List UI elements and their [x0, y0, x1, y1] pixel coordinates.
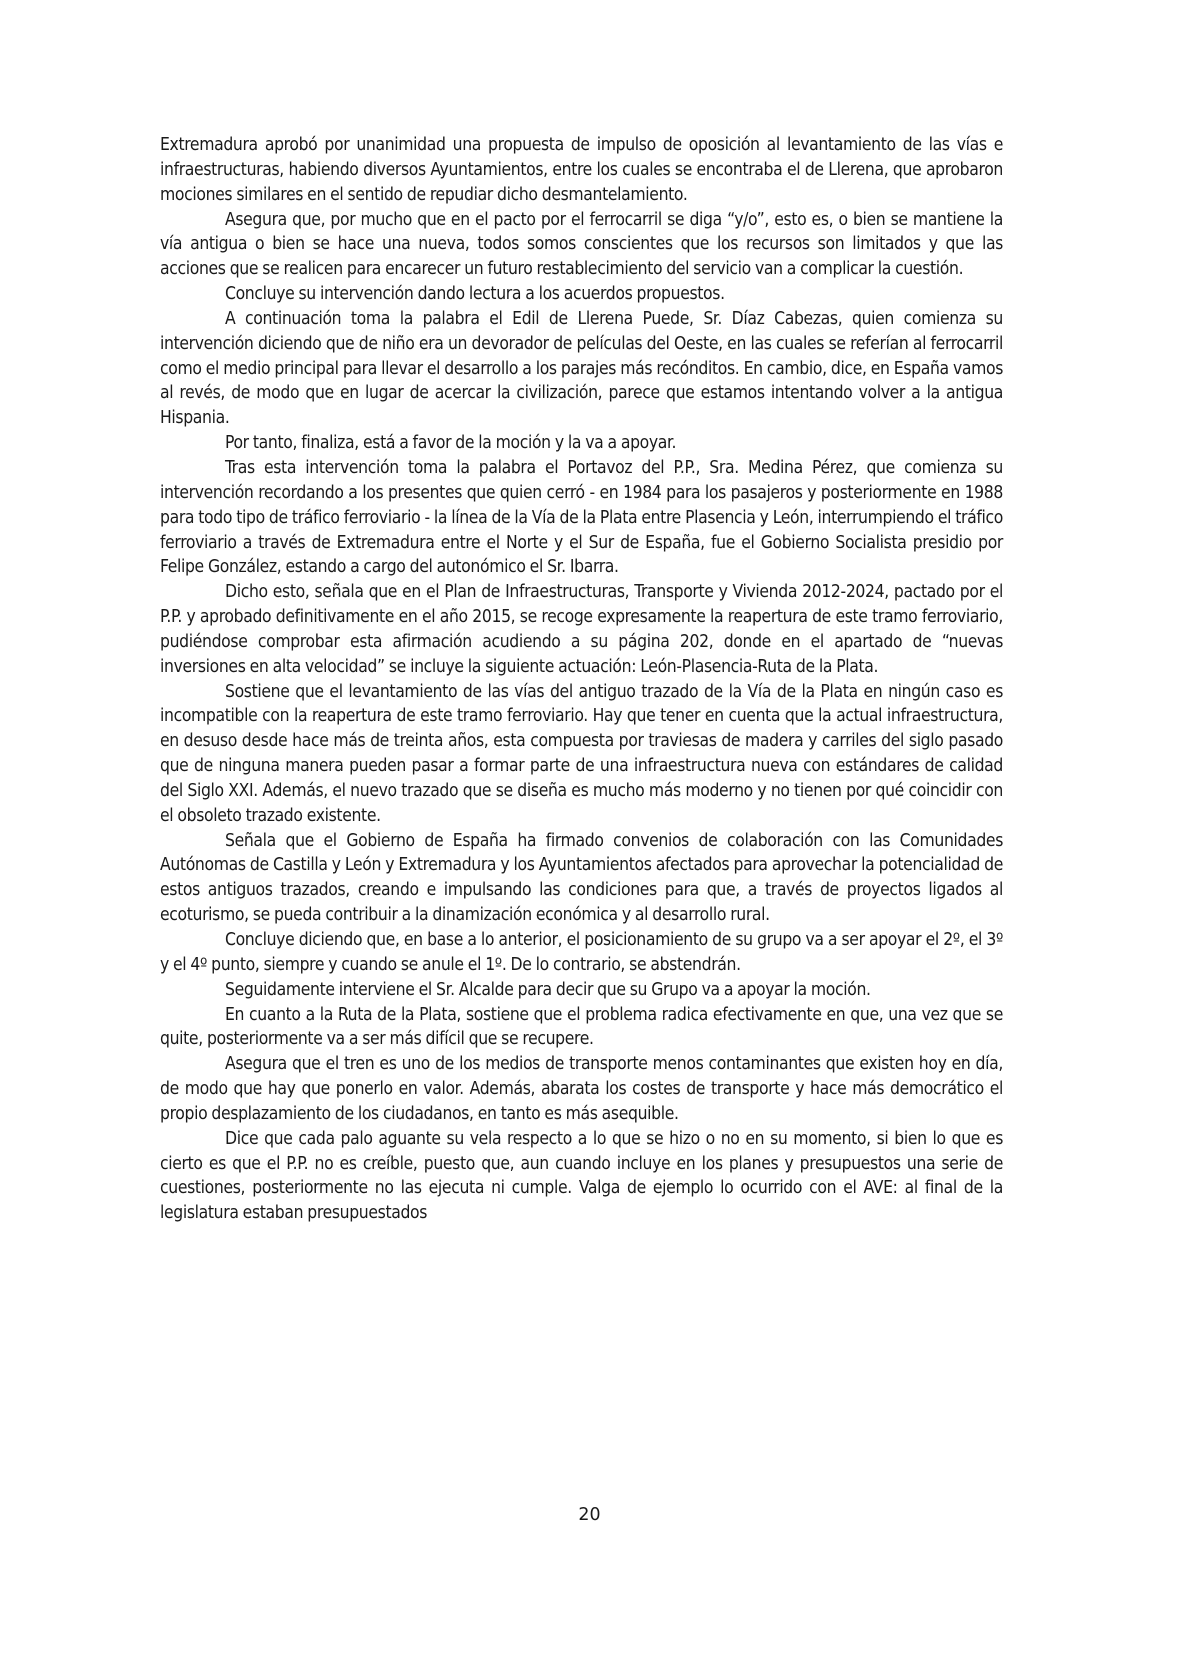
paragraph-10: Concluye diciendo que, en base a lo ante… — [160, 928, 1003, 978]
paragraph-5: Por tanto, finaliza, está a favor de la … — [160, 431, 1003, 456]
paragraph-9: Señala que el Gobierno de España ha firm… — [160, 829, 1003, 928]
paragraph-4: A continuación toma la palabra el Edil d… — [160, 307, 1003, 431]
paragraph-13: Asegura que el tren es uno de los medios… — [160, 1052, 1003, 1127]
paragraph-11: Seguidamente interviene el Sr. Alcalde p… — [160, 978, 1003, 1003]
paragraph-7: Dicho esto, señala que en el Plan de Inf… — [160, 580, 1003, 679]
paragraph-1: Extremadura aprobó por unanimidad una pr… — [160, 133, 1003, 208]
paragraph-12: En cuanto a la Ruta de la Plata, sostien… — [160, 1003, 1003, 1053]
paragraph-2: Asegura que, por mucho que en el pacto p… — [160, 208, 1003, 283]
paragraph-6: Tras esta intervención toma la palabra e… — [160, 456, 1003, 580]
paragraph-14: Dice que cada palo aguante su vela respe… — [160, 1127, 1003, 1226]
paragraph-8: Sostiene que el levantamiento de las vía… — [160, 680, 1003, 829]
document-page: Extremadura aprobó por unanimidad una pr… — [160, 133, 1003, 1226]
paragraph-3: Concluye su intervención dando lectura a… — [160, 282, 1003, 307]
page-number: 20 — [0, 1505, 1179, 1525]
